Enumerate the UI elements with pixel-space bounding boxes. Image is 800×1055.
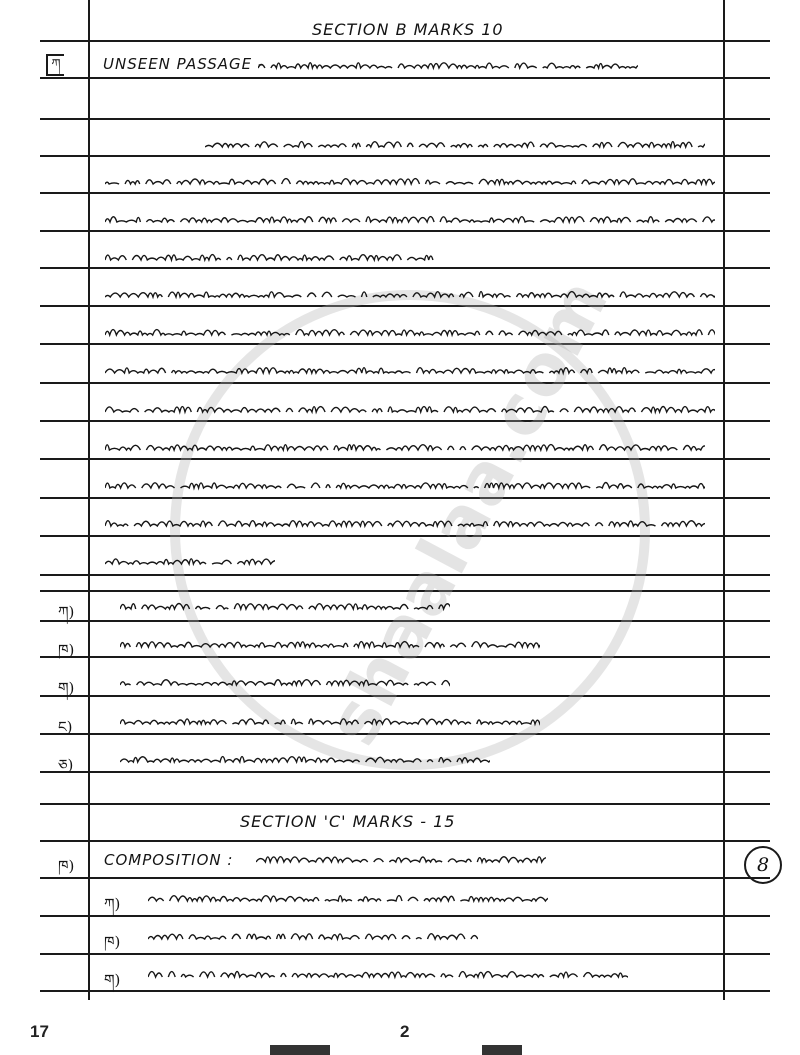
ruled-line — [40, 620, 770, 622]
handwritten-tibetan-line — [105, 248, 435, 264]
ruled-line — [40, 267, 770, 269]
handwritten-tibetan-line — [148, 927, 478, 943]
ruled-line — [40, 803, 770, 805]
ruled-line — [40, 192, 770, 194]
handwritten-tibetan-line — [105, 476, 705, 492]
section-c-question-label: ཁ) — [58, 850, 74, 892]
answer-sheet-page: shaalaa.com SECTION B MARKS 10 ཀ UNSEEN … — [0, 0, 800, 1055]
ruled-line — [40, 695, 770, 697]
handwritten-tibetan-line — [256, 850, 546, 866]
ruled-line — [40, 656, 770, 658]
ruled-line — [40, 771, 770, 773]
answer-label: ང) — [58, 711, 73, 753]
left-margin-line — [88, 0, 90, 1000]
answer-label: ཁ) — [58, 634, 74, 676]
marks-awarded-circle: 8 — [744, 846, 782, 884]
ruled-line — [40, 305, 770, 307]
section-c-heading: SECTION 'C' MARKS - 15 — [240, 812, 455, 831]
handwritten-tibetan-line — [120, 673, 450, 689]
ruled-line — [40, 990, 770, 992]
scan-artifact — [270, 1045, 330, 1055]
handwritten-tibetan-line — [120, 635, 540, 651]
footer-page-number: 2 — [400, 1022, 409, 1042]
handwritten-tibetan-line — [105, 438, 705, 454]
ruled-line — [40, 343, 770, 345]
scan-artifact — [482, 1045, 522, 1055]
section-b-question-title: UNSEEN PASSAGE - — [103, 55, 264, 73]
ruled-line — [40, 40, 770, 42]
handwritten-tibetan-line — [105, 285, 715, 301]
ruled-line — [40, 840, 770, 842]
handwritten-tibetan-line — [120, 750, 490, 766]
answer-label: ཅ) — [58, 749, 73, 791]
ruled-line — [40, 77, 770, 79]
composition-subitem-label: ཁ) — [104, 926, 120, 968]
ruled-line — [40, 953, 770, 955]
handwritten-tibetan-line — [105, 514, 705, 530]
ruled-line — [40, 382, 770, 384]
ruled-line — [40, 590, 770, 592]
section-b-heading: SECTION B MARKS 10 — [312, 20, 504, 39]
answer-label: ཀ) — [58, 596, 74, 638]
handwritten-tibetan-line — [105, 323, 715, 339]
ruled-line — [40, 458, 770, 460]
ruled-line — [40, 915, 770, 917]
composition-subitem-label: ག) — [104, 964, 120, 1006]
handwritten-tibetan-line — [148, 965, 628, 981]
right-margin-line — [723, 0, 725, 1000]
ruled-line — [40, 535, 770, 537]
handwritten-tibetan-line — [148, 889, 548, 905]
answer-label: ག) — [58, 672, 74, 714]
handwritten-tibetan-line — [105, 400, 715, 416]
handwritten-tibetan-line — [205, 135, 705, 151]
composition-subitem-label: ཀ) — [104, 888, 120, 930]
ruled-line — [40, 420, 770, 422]
handwritten-tibetan-line — [258, 56, 638, 72]
footer-left-number: 17 — [30, 1022, 49, 1042]
ruled-line — [40, 877, 770, 879]
ruled-line — [40, 155, 770, 157]
handwritten-tibetan-line — [120, 597, 450, 613]
handwritten-tibetan-line — [105, 210, 715, 226]
handwritten-tibetan-line — [105, 552, 275, 568]
ruled-line — [40, 733, 770, 735]
ruled-line — [40, 230, 770, 232]
ruled-line — [40, 118, 770, 120]
handwritten-tibetan-line — [120, 712, 540, 728]
section-c-question-title: COMPOSITION : — [104, 851, 233, 869]
handwritten-tibetan-line — [105, 172, 715, 188]
handwritten-tibetan-line — [105, 361, 715, 377]
section-b-question-label: ཀ — [46, 54, 64, 76]
ruled-line — [40, 574, 770, 576]
ruled-line — [40, 497, 770, 499]
